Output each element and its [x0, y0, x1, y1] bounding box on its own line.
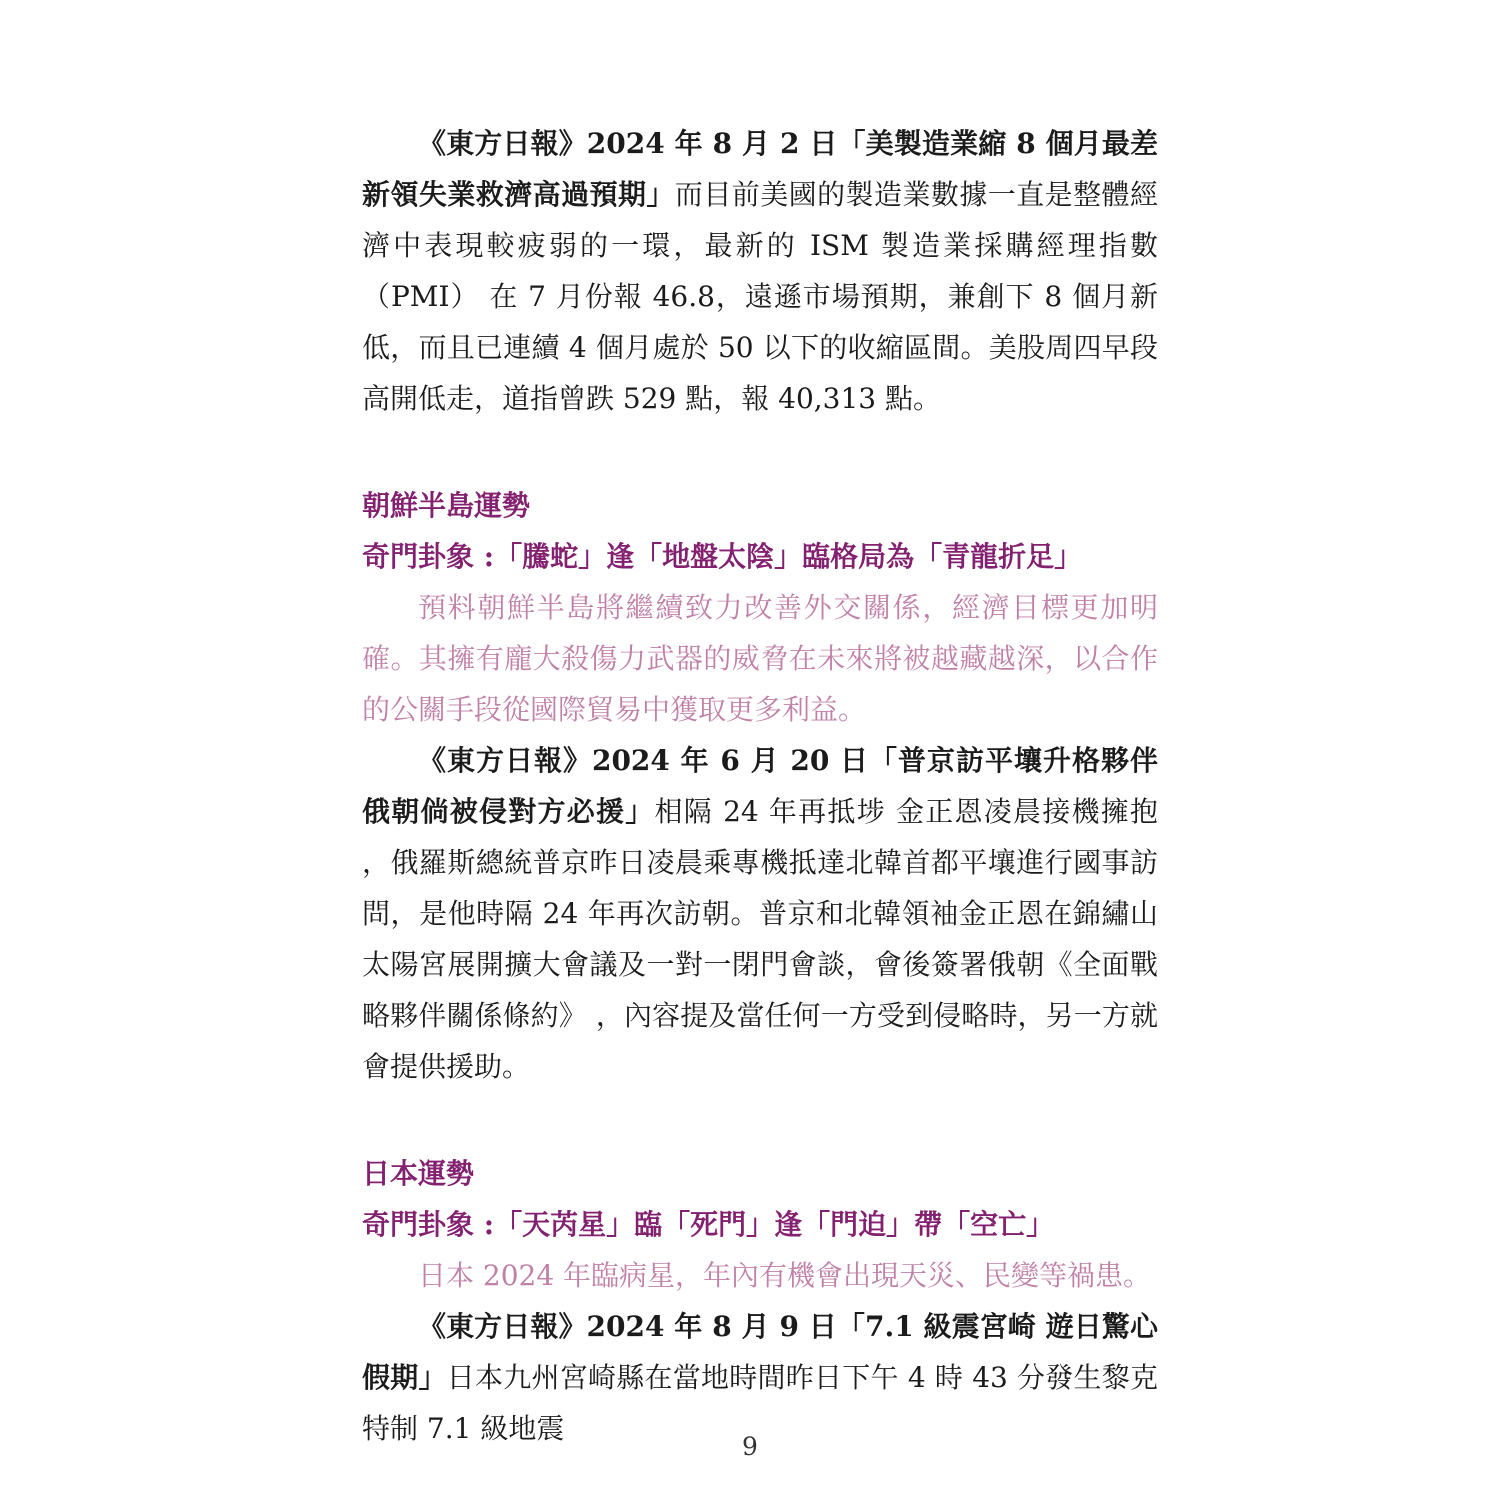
- korea-section-title: 朝鮮半島運勢: [362, 480, 1158, 531]
- korea-news-paragraph: 《東方日報》2024 年 6 月 20 日「普京訪平壤升格夥伴 俄朝倘被侵對方必…: [362, 735, 1158, 1092]
- us-news-body-text: 而目前美國的製造業數據一直是整體經濟中表現較疲弱的一環，最新的 ISM 製造業採…: [362, 178, 1158, 415]
- us-news-paragraph: 《東方日報》2024 年 8 月 2 日「美製造業縮 8 個月最差 新領失業救濟…: [362, 118, 1158, 424]
- document-page: 《東方日報》2024 年 8 月 2 日「美製造業縮 8 個月最差 新領失業救濟…: [0, 0, 1500, 1500]
- korea-forecast-paragraph: 預料朝鮮半島將繼續致力改善外交關係，經濟目標更加明確。其擁有龐大殺傷力武器的威脅…: [362, 582, 1158, 735]
- page-number: 9: [0, 1432, 1500, 1462]
- japan-section-title: 日本運勢: [362, 1148, 1158, 1199]
- korea-news-body-text: 相隔 24 年再抵埗 金正恩凌晨接機擁抱 ，俄羅斯總統普京昨日凌晨乘專機抵達北韓…: [362, 795, 1158, 1083]
- japan-hexagram-line: 奇門卦象 :「天芮星」臨「死門」逢「門迫」帶「空亡」: [362, 1199, 1158, 1250]
- korea-hexagram-line: 奇門卦象 :「騰蛇」逢「地盤太陰」臨格局為「青龍折足」: [362, 531, 1158, 582]
- japan-forecast-paragraph: 日本 2024 年臨病星，年內有機會出現天災、民變等禍患。: [362, 1250, 1158, 1301]
- page-content: 《東方日報》2024 年 8 月 2 日「美製造業縮 8 個月最差 新領失業救濟…: [362, 118, 1158, 1454]
